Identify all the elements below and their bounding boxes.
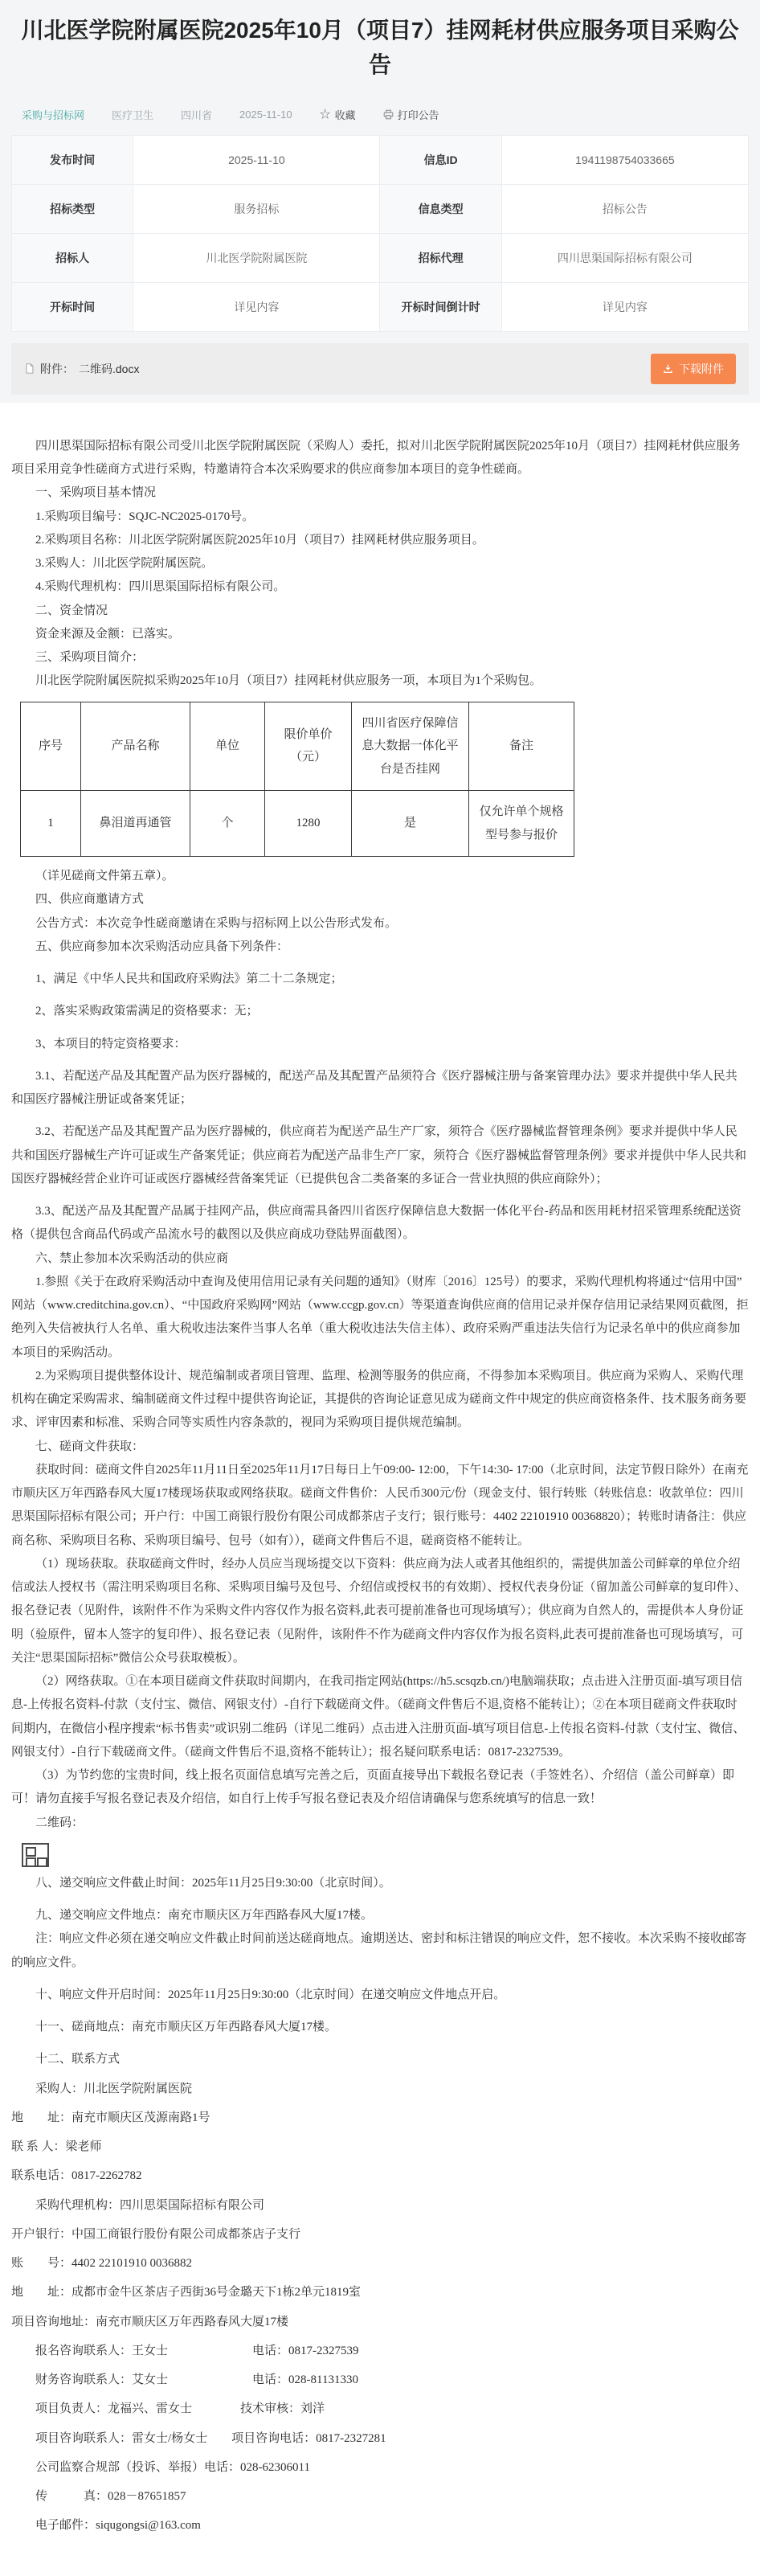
- body-paragraph: 十二、联系方式: [11, 2048, 749, 2071]
- body-paragraph: 3、本项目的特定资格要求：: [11, 1033, 749, 1056]
- info-value-agency: 四川思渠国际招标有限公司: [501, 233, 748, 282]
- body-paragraph: 公告方式：本次竞争性磋商邀请在采购与招标网上以公告形式发布。: [11, 912, 749, 936]
- product-table-header-cell: 四川省医疗保障信息大数据一体化平台是否挂网: [352, 702, 469, 791]
- body-paragraph: 地 址：南充市顺庆区茂源南路1号: [11, 2107, 749, 2130]
- info-label-tenderee: 招标人: [12, 233, 133, 282]
- body-paragraph: 项目负责人：龙福兴、雷女士 技术审核：刘洋: [11, 2398, 749, 2421]
- product-table-row: 1鼻泪道再通管个1280是仅允许单个规格型号参与报价: [21, 791, 574, 857]
- attachment-filename[interactable]: 二维码.docx: [79, 361, 139, 377]
- info-label-bid-type: 招标类型: [12, 184, 133, 233]
- body-paragraph: 九、递交响应文件地点：南充市顺庆区万年西路春风大厦17楼。: [11, 1904, 749, 1927]
- body-paragraph: 电子邮件：siqugongsi@163.com: [11, 2514, 749, 2537]
- body-paragraph: （3）为节约您的宝贵时间，线上报名页面信息填写完善之后，页面直接导出下载报名登记…: [11, 1764, 749, 1812]
- print-button[interactable]: 打印公告: [383, 107, 439, 122]
- body-paragraph: 项目咨询联系人：雷女士/杨女士 项目咨询电话：0817-2327281: [11, 2427, 749, 2451]
- body-paragraph: 川北医学院附属医院拟采购2025年10月（项目7）挂网耗材供应服务一项，本项目为…: [11, 670, 749, 693]
- info-label-open-time: 开标时间: [12, 282, 133, 331]
- body-paragraph: 四川思渠国际招标有限公司受川北医学院附属医院（采购人）委托，拟对川北医学院附属医…: [11, 435, 749, 482]
- body-paragraph: 财务咨询联系人：艾女士 电话：028-81131330: [11, 2369, 749, 2392]
- body-paragraph: 注：响应文件必须在递交响应文件截止时间前送达磋商地点。逾期送达、密封和标注错误的…: [11, 1927, 749, 1975]
- info-row: 招标类型 服务招标 信息类型 招标公告: [12, 184, 749, 233]
- info-table: 发布时间 2025-11-10 信息ID 1941198754033665 招标…: [11, 135, 749, 332]
- body-paragraph: 五、供应商参加本次采购活动应具备下列条件：: [11, 936, 749, 959]
- product-table-cell: 1280: [265, 791, 352, 857]
- body-paragraph: 3.1、若配送产品及其配置产品为医疗器械的，配送产品及其配置产品须符合《医疗器械…: [11, 1065, 749, 1112]
- product-table-cell: 是: [352, 791, 469, 857]
- qr-code-broken-image: [22, 1843, 49, 1867]
- star-icon: ☆: [320, 109, 331, 120]
- body-paragraph: 1、满足《中华人民共和国政府采购法》第二十二条规定；: [11, 968, 749, 991]
- info-label-countdown: 开标时间倒计时: [380, 282, 501, 331]
- product-table-cell: 1: [21, 791, 81, 857]
- info-value-tenderee: 川北医学院附属医院: [133, 233, 380, 282]
- info-row: 发布时间 2025-11-10 信息ID 1941198754033665: [12, 135, 749, 184]
- body-paragraph: 三、采购项目简介：: [11, 646, 749, 670]
- announcement-body: 四川思渠国际招标有限公司受川北医学院附属医院（采购人）委托，拟对川北医学院附属医…: [0, 403, 760, 2576]
- info-value-publish-time: 2025-11-10: [133, 135, 380, 184]
- product-table: 序号产品名称单位限价单价（元）四川省医疗保障信息大数据一体化平台是否挂网备注1鼻…: [20, 702, 574, 858]
- body-paragraph: 八、递交响应文件截止时间：2025年11月25日9:30:00（北京时间）。: [11, 1872, 749, 1895]
- publish-date: 2025-11-10: [239, 109, 292, 121]
- body-paragraph: 2、落实采购政策需满足的资格要求：无；: [11, 1000, 749, 1023]
- breadcrumb: 采购与招标网 医疗卫生 四川省 2025-11-10 ☆ 收藏 打印公告: [0, 83, 760, 132]
- info-value-countdown: 详见内容: [501, 282, 748, 331]
- body-paragraph: 1.采购项目编号：SQJC-NC2025-0170号。: [11, 506, 749, 529]
- body-paragraph: 2.采购项目名称：川北医学院附属医院2025年10月（项目7）挂网耗材供应服务项…: [11, 529, 749, 552]
- body-paragraph: 报名咨询联系人：王女士 电话：0817-2327539: [11, 2340, 749, 2363]
- download-attachment-button[interactable]: 下载附件: [651, 354, 736, 384]
- product-table-header-cell: 限价单价（元）: [265, 702, 352, 791]
- body-paragraph: 2.为采购项目提供整体设计、规范编制或者项目管理、监理、检测等服务的供应商，不得…: [11, 1365, 749, 1435]
- body-paragraph: （1）现场获取。获取磋商文件时，经办人员应当现场提交以下资料：供应商为法人或者其…: [11, 1553, 749, 1670]
- breadcrumb-category[interactable]: 医疗卫生: [112, 107, 153, 122]
- product-table-header-cell: 单位: [190, 702, 265, 791]
- breadcrumb-source-link[interactable]: 采购与招标网: [22, 107, 84, 122]
- product-table-header-cell: 产品名称: [81, 702, 190, 791]
- attachment-prefix: 附件：: [40, 361, 74, 377]
- body-paragraph: 一、采购项目基本情况: [11, 481, 749, 505]
- body-paragraph: 采购人：川北医学院附属医院: [11, 2078, 749, 2101]
- body-paragraph: 3.采购人：川北医学院附属医院。: [11, 552, 749, 575]
- body-paragraph: 3.2、若配送产品及其配置产品为医疗器械的，供应商若为配送产品生产厂家，须符合《…: [11, 1120, 749, 1191]
- body-paragraph: 账 号：4402 22101910 0036882: [11, 2252, 749, 2275]
- body-paragraph: 1.参照《关于在政府采购活动中查询及使用信用记录有关问题的通知》（财库〔2016…: [11, 1271, 749, 1365]
- product-table-header-cell: 备注: [469, 702, 574, 791]
- download-label: 下载附件: [679, 361, 724, 377]
- printer-icon: [383, 109, 394, 120]
- body-paragraph: 传 真：028－87651857: [11, 2485, 749, 2508]
- body-paragraph: 联系电话：0817-2262782: [11, 2164, 749, 2188]
- body-paragraph: 3.3、配送产品及其配置产品属于挂网产品，供应商需具备四川省医疗保障信息大数据一…: [11, 1200, 749, 1247]
- body-paragraph: 采购代理机构：四川思渠国际招标有限公司: [11, 2194, 749, 2218]
- info-label-info-type: 信息类型: [380, 184, 501, 233]
- attachment-bar: 附件：二维码.docx 下载附件: [11, 343, 749, 395]
- body-paragraph: 开户银行：中国工商银行股份有限公司成都茶店子支行: [11, 2223, 749, 2246]
- info-value-bid-type: 服务招标: [133, 184, 380, 233]
- favorite-label: 收藏: [335, 107, 356, 122]
- body-paragraph: 二、资金情况: [11, 600, 749, 623]
- product-table-cell: 个: [190, 791, 265, 857]
- product-table-cell: 仅允许单个规格型号参与报价: [469, 791, 574, 857]
- favorite-button[interactable]: ☆ 收藏: [320, 107, 356, 122]
- body-paragraph: 公司监察合规部（投诉、举报）电话：028-62306011: [11, 2456, 749, 2480]
- body-paragraph: 资金来源及金额：已落实。: [11, 623, 749, 646]
- body-paragraph: 联 系 人：梁老师: [11, 2136, 749, 2159]
- info-value-info-id: 1941198754033665: [501, 135, 748, 184]
- body-paragraph: 六、禁止参加本次采购活动的供应商: [11, 1247, 749, 1271]
- info-row: 招标人 川北医学院附属医院 招标代理 四川思渠国际招标有限公司: [12, 233, 749, 282]
- body-paragraph: 十一、磋商地点：南充市顺庆区万年西路春风大厦17楼。: [11, 2016, 749, 2039]
- breadcrumb-region[interactable]: 四川省: [181, 107, 212, 122]
- announcement-page: 川北医学院附属医院2025年10月（项目7）挂网耗材供应服务项目采购公告 采购与…: [0, 0, 760, 2576]
- body-paragraph: （2）网络获取。①在本项目磋商文件获取时间期内，在我司指定网站(https://…: [11, 1670, 749, 1764]
- product-table-cell: 鼻泪道再通管: [81, 791, 190, 857]
- product-table-header-cell: 序号: [21, 702, 81, 791]
- body-paragraph: 七、磋商文件获取：: [11, 1435, 749, 1459]
- body-paragraph: 十、响应文件开启时间：2025年11月25日9:30:00（北京时间）在递交响应…: [11, 1984, 749, 2007]
- download-icon: [663, 363, 673, 374]
- product-table-header-row: 序号产品名称单位限价单价（元）四川省医疗保障信息大数据一体化平台是否挂网备注: [21, 702, 574, 791]
- body-paragraph: （详见磋商文件第五章）。: [11, 865, 749, 888]
- page-title: 川北医学院附属医院2025年10月（项目7）挂网耗材供应服务项目采购公告: [0, 0, 760, 83]
- info-label-agency: 招标代理: [380, 233, 501, 282]
- info-row: 开标时间 详见内容 开标时间倒计时 详见内容: [12, 282, 749, 331]
- body-paragraph: 二维码：: [11, 1812, 749, 1835]
- info-label-info-id: 信息ID: [380, 135, 501, 184]
- file-icon: [24, 362, 35, 375]
- body-paragraph: 获取时间：磋商文件自2025年11月11日至2025年11月17日每日上午09:…: [11, 1459, 749, 1553]
- body-paragraph: 项目咨询地址：南充市顺庆区万年西路春风大厦17楼: [11, 2311, 749, 2334]
- body-paragraph: 四、供应商邀请方式: [11, 888, 749, 911]
- body-paragraph: 地 址：成都市金牛区茶店子西街36号金璐天下1栋2单元1819室: [11, 2281, 749, 2304]
- info-label-publish-time: 发布时间: [12, 135, 133, 184]
- body-paragraph: 4.采购代理机构：四川思渠国际招标有限公司。: [11, 575, 749, 599]
- print-label: 打印公告: [398, 107, 439, 122]
- info-value-info-type: 招标公告: [501, 184, 748, 233]
- info-value-open-time: 详见内容: [133, 282, 380, 331]
